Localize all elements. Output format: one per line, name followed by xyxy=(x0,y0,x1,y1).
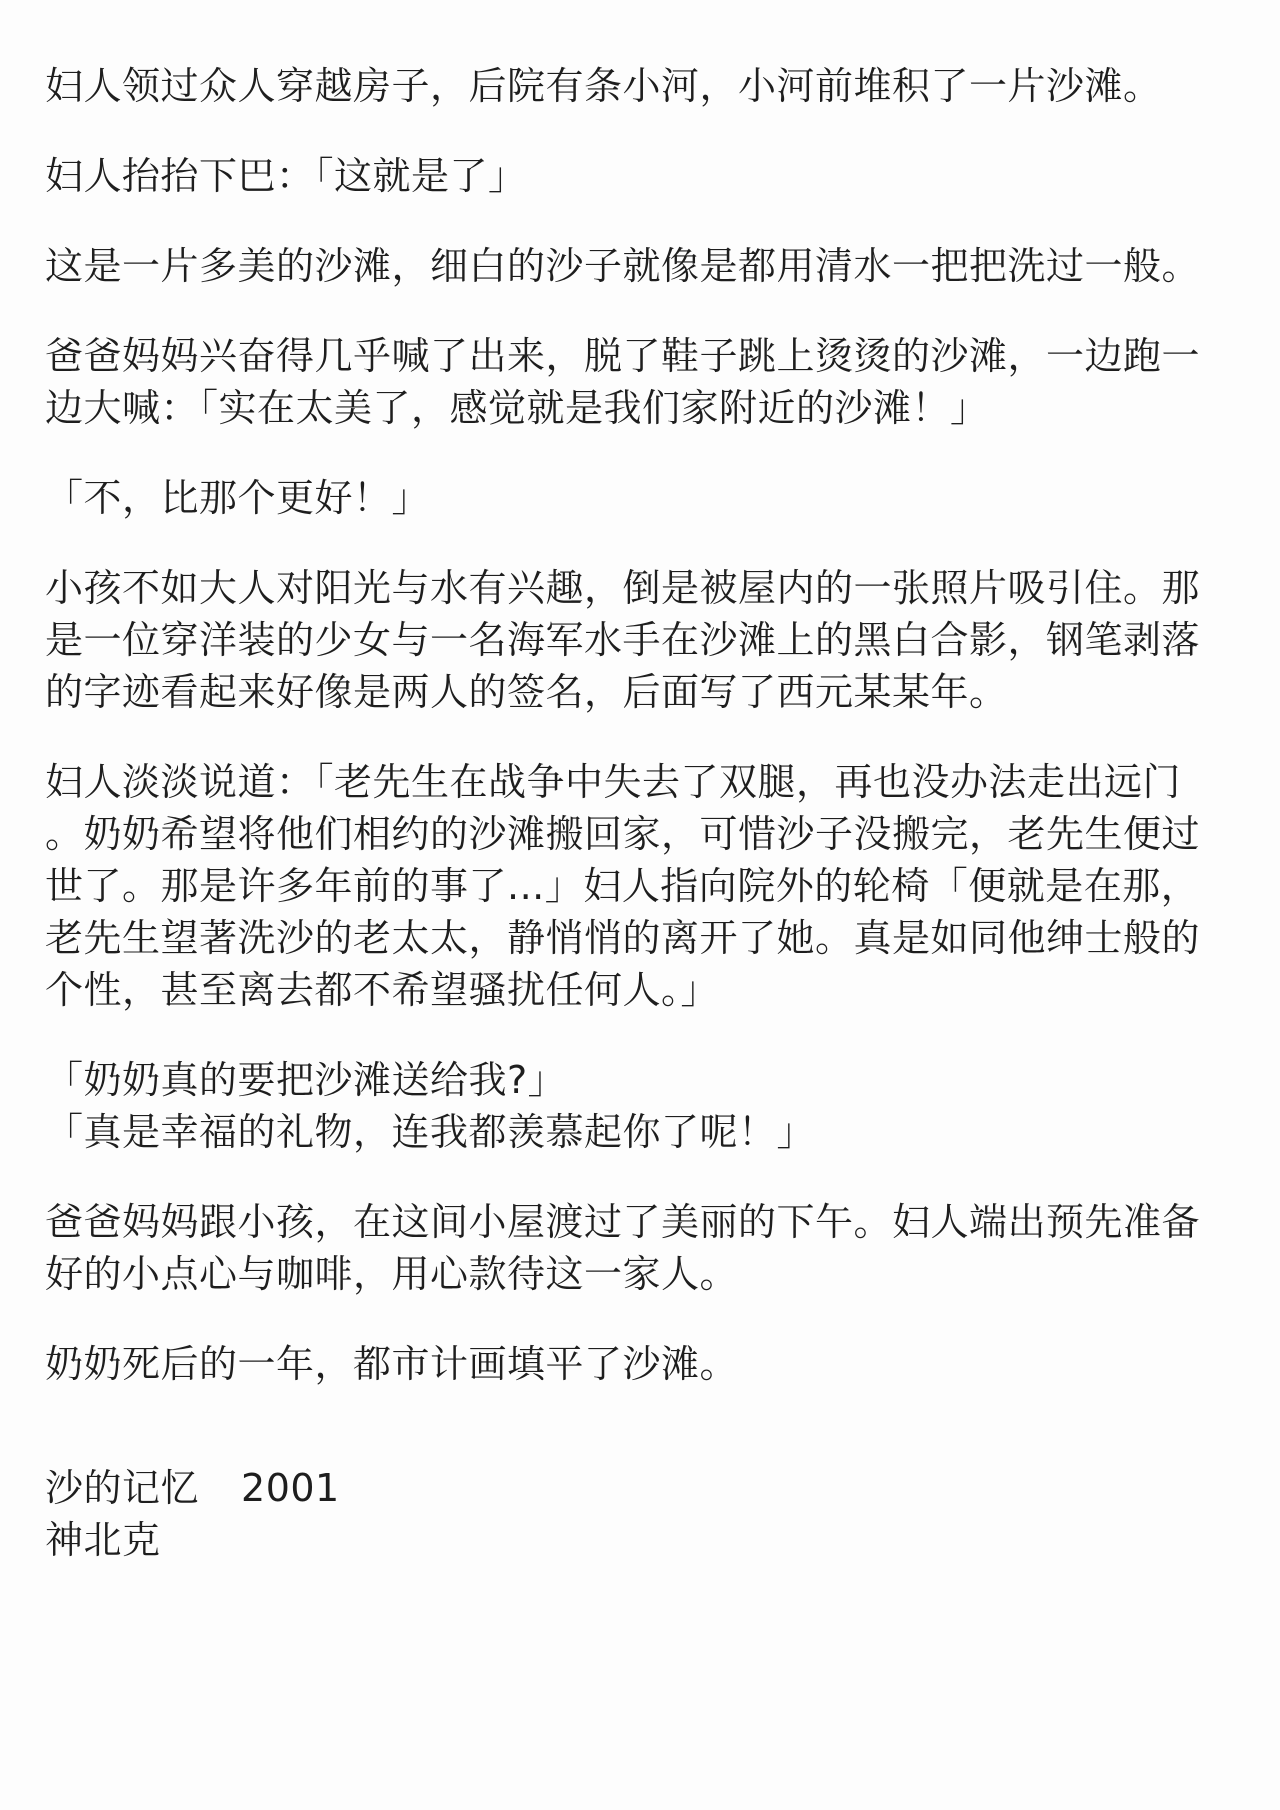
text-line: 「奶奶真的要把沙滩送给我?」 xyxy=(45,1054,1250,1106)
text-line: 边大喊：「实在太美了，感觉就是我们家附近的沙滩！」 xyxy=(45,382,1250,434)
paragraph: 「不，比那个更好！」 xyxy=(45,472,1250,524)
story-author: 神北克 xyxy=(45,1514,1250,1566)
text-line: 小孩不如大人对阳光与水有兴趣，倒是被屋内的一张照片吸引住。那 xyxy=(45,562,1250,614)
paragraph: 妇人抬抬下巴：「这就是了」 xyxy=(45,150,1250,202)
paragraph: 小孩不如大人对阳光与水有兴趣，倒是被屋内的一张照片吸引住。那 是一位穿洋装的少女… xyxy=(45,562,1250,718)
text-line: 老先生望著洗沙的老太太，静悄悄的离开了她。真是如同他绅士般的 xyxy=(45,912,1250,964)
text-line: 奶奶死后的一年，都市计画填平了沙滩。 xyxy=(45,1338,1250,1390)
text-line: 。奶奶希望将他们相约的沙滩搬回家，可惜沙子没搬完，老先生便过 xyxy=(45,808,1250,860)
story-year: 2001 xyxy=(241,1462,340,1514)
story-title: 沙的记忆 xyxy=(45,1466,199,1510)
text-line: 爸爸妈妈跟小孩，在这间小屋渡过了美丽的下午。妇人端出预先准备 xyxy=(45,1196,1250,1248)
document-page: 妇人领过众人穿越房子，后院有条小河，小河前堆积了一片沙滩。 妇人抬抬下巴：「这就… xyxy=(0,0,1280,1810)
text-line: 世了。那是许多年前的事了...」妇人指向院外的轮椅「便就是在那， xyxy=(45,860,1250,912)
text-line: 的字迹看起来好像是两人的签名，后面写了西元某某年。 xyxy=(45,666,1250,718)
paragraph: 妇人领过众人穿越房子，后院有条小河，小河前堆积了一片沙滩。 xyxy=(45,60,1250,112)
text-line: 妇人淡淡说道：「老先生在战争中失去了双腿，再也没办法走出远门 xyxy=(45,756,1250,808)
paragraph: 「奶奶真的要把沙滩送给我?」 「真是幸福的礼物，连我都羡慕起你了呢！」 xyxy=(45,1054,1250,1158)
footer: 沙的记忆2001 神北克 xyxy=(45,1462,1250,1566)
text-line: 好的小点心与咖啡，用心款待这一家人。 xyxy=(45,1248,1250,1300)
paragraph: 爸爸妈妈跟小孩，在这间小屋渡过了美丽的下午。妇人端出预先准备 好的小点心与咖啡，… xyxy=(45,1196,1250,1300)
story-title-line: 沙的记忆2001 xyxy=(45,1462,1250,1514)
paragraph: 奶奶死后的一年，都市计画填平了沙滩。 xyxy=(45,1338,1250,1390)
text-line: 爸爸妈妈兴奋得几乎喊了出来，脱了鞋子跳上烫烫的沙滩，一边跑一 xyxy=(45,330,1250,382)
text-line: 妇人领过众人穿越房子，后院有条小河，小河前堆积了一片沙滩。 xyxy=(45,60,1250,112)
paragraph: 这是一片多美的沙滩，细白的沙子就像是都用清水一把把洗过一般。 xyxy=(45,240,1250,292)
text-line: 「不，比那个更好！」 xyxy=(45,472,1250,524)
text-line: 个性，甚至离去都不希望骚扰任何人。」 xyxy=(45,964,1250,1016)
text-line: 妇人抬抬下巴：「这就是了」 xyxy=(45,150,1250,202)
text-line: 是一位穿洋装的少女与一名海军水手在沙滩上的黑白合影，钢笔剥落 xyxy=(45,614,1250,666)
paragraph: 妇人淡淡说道：「老先生在战争中失去了双腿，再也没办法走出远门 。奶奶希望将他们相… xyxy=(45,756,1250,1016)
paragraph: 爸爸妈妈兴奋得几乎喊了出来，脱了鞋子跳上烫烫的沙滩，一边跑一 边大喊：「实在太美… xyxy=(45,330,1250,434)
text-line: 「真是幸福的礼物，连我都羡慕起你了呢！」 xyxy=(45,1106,1250,1158)
text-line: 这是一片多美的沙滩，细白的沙子就像是都用清水一把把洗过一般。 xyxy=(45,240,1250,292)
